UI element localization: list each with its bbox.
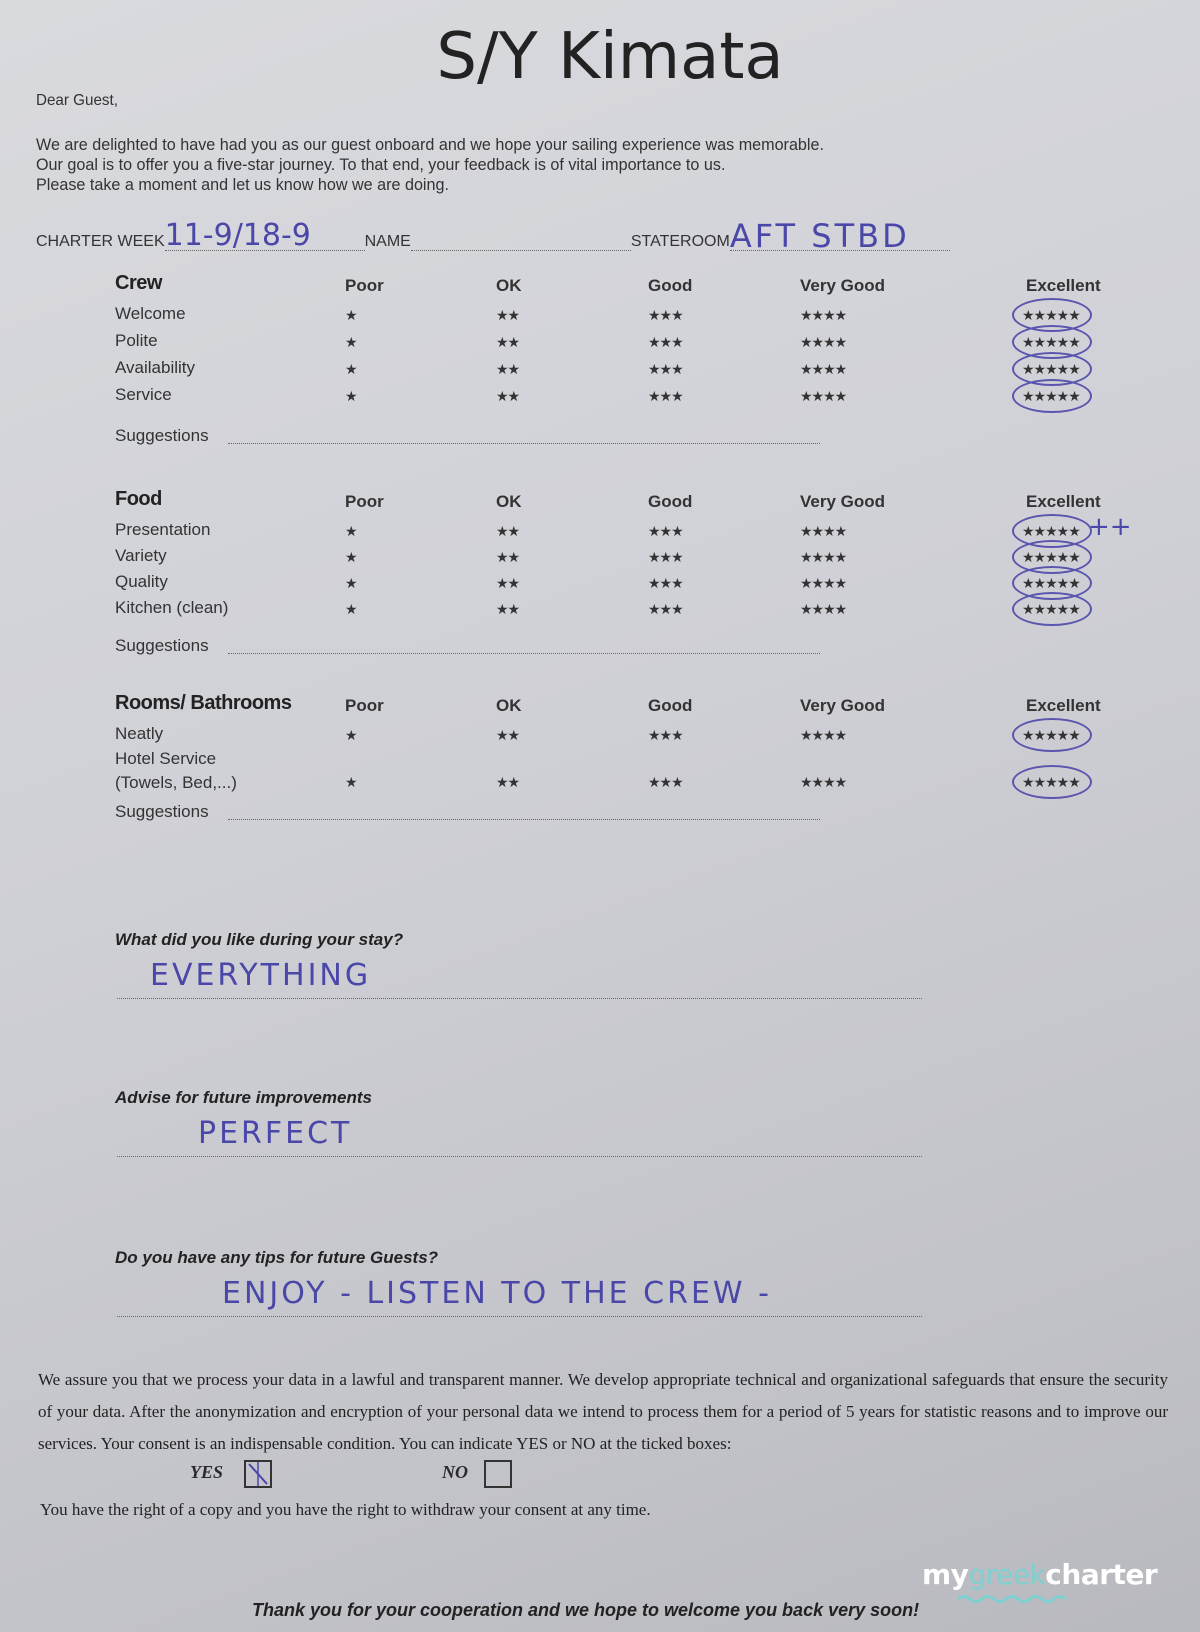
rating-option-very-good[interactable]: ★★★★ xyxy=(800,774,846,791)
column-header-ok: OK xyxy=(496,696,522,716)
answer-line xyxy=(117,1316,922,1317)
rating-option-very-good[interactable]: ★★★★ xyxy=(800,334,846,351)
column-header-excellent: Excellent xyxy=(1026,696,1101,716)
rating-option-good[interactable]: ★★★ xyxy=(648,575,683,592)
rating-option-good[interactable]: ★★★ xyxy=(648,727,683,744)
rating-option-ok[interactable]: ★★ xyxy=(496,549,519,566)
rating-option-good[interactable]: ★★★ xyxy=(648,361,683,378)
rating-option-good[interactable]: ★★★ xyxy=(648,774,683,791)
rating-option-very-good[interactable]: ★★★★ xyxy=(800,523,846,540)
rating-option-excellent[interactable]: ★★★★★ xyxy=(1022,307,1080,324)
rating-row-label: Neatly xyxy=(115,724,163,744)
suggestions-field[interactable] xyxy=(228,442,820,444)
answer-line xyxy=(117,998,922,999)
answer-field[interactable]: ENJOY - LISTEN TO THE CREW - xyxy=(222,1276,772,1311)
page-title: S/Y Kimata xyxy=(0,20,1200,94)
stateroom-label: STATEROOM xyxy=(631,233,730,250)
column-header-excellent: Excellent xyxy=(1026,276,1101,296)
charter-week-field[interactable]: 11-9/18-9 xyxy=(165,222,365,251)
rating-option-ok[interactable]: ★★ xyxy=(496,334,519,351)
column-header-ok: OK xyxy=(496,492,522,512)
name-field[interactable] xyxy=(411,232,631,251)
rating-row-label: Hotel Service (Towels, Bed,...) xyxy=(115,747,237,795)
rating-option-very-good[interactable]: ★★★★ xyxy=(800,575,846,592)
rating-option-excellent[interactable]: ★★★★★ xyxy=(1022,388,1080,405)
rating-row-label: Welcome xyxy=(115,304,186,324)
logo-greek: greek xyxy=(968,1558,1045,1591)
column-header-poor: Poor xyxy=(345,492,384,512)
rating-option-excellent[interactable]: ★★★★★ xyxy=(1022,601,1080,618)
suggestions-field[interactable] xyxy=(228,652,820,654)
column-header-very-good: Very Good xyxy=(800,276,885,296)
column-header-good: Good xyxy=(648,276,692,296)
rating-option-ok[interactable]: ★★ xyxy=(496,727,519,744)
suggestions-label: Suggestions xyxy=(115,426,209,446)
rating-option-excellent[interactable]: ★★★★★ xyxy=(1022,523,1080,540)
rating-option-poor[interactable]: ★ xyxy=(345,774,357,791)
data-consent-text: We assure you that we process your data … xyxy=(38,1364,1168,1460)
rating-row-label: Variety xyxy=(115,546,167,566)
intro-line-2: Our goal is to offer you a five-star jou… xyxy=(36,155,725,175)
wave-icon xyxy=(958,1594,1068,1604)
charter-week-label: CHARTER WEEK xyxy=(36,233,165,250)
rating-option-ok[interactable]: ★★ xyxy=(496,601,519,618)
section-title: Rooms/ Bathrooms xyxy=(115,692,291,715)
rating-option-excellent[interactable]: ★★★★★ xyxy=(1022,549,1080,566)
answer-line xyxy=(117,1156,922,1157)
rating-option-very-good[interactable]: ★★★★ xyxy=(800,307,846,324)
handwritten-note: ++ xyxy=(1088,512,1132,542)
yes-label: YES xyxy=(190,1462,223,1483)
section-title: Crew xyxy=(115,272,162,295)
rating-option-good[interactable]: ★★★ xyxy=(648,523,683,540)
logo-my: my xyxy=(922,1558,968,1591)
question-label: What did you like during your stay? xyxy=(115,930,403,950)
suggestions-label: Suggestions xyxy=(115,802,209,822)
rating-option-very-good[interactable]: ★★★★ xyxy=(800,388,846,405)
column-header-ok: OK xyxy=(496,276,522,296)
rating-row-label: Service xyxy=(115,385,172,405)
header-fields: CHARTER WEEK11-9/18-9NAMESTATEROOMAFT ST… xyxy=(36,222,950,251)
rating-row-label: Quality xyxy=(115,572,168,592)
answer-field[interactable]: EVERYTHING xyxy=(150,958,371,993)
rating-option-poor[interactable]: ★ xyxy=(345,307,357,324)
column-header-good: Good xyxy=(648,492,692,512)
intro-line-3: Please take a moment and let us know how… xyxy=(36,175,449,195)
rating-option-ok[interactable]: ★★ xyxy=(496,575,519,592)
rating-option-very-good[interactable]: ★★★★ xyxy=(800,361,846,378)
section-title: Food xyxy=(115,488,162,511)
rating-option-excellent[interactable]: ★★★★★ xyxy=(1022,361,1080,378)
column-header-poor: Poor xyxy=(345,276,384,296)
column-header-poor: Poor xyxy=(345,696,384,716)
suggestions-label: Suggestions xyxy=(115,636,209,656)
rating-option-good[interactable]: ★★★ xyxy=(648,388,683,405)
column-header-good: Good xyxy=(648,696,692,716)
rating-option-excellent[interactable]: ★★★★★ xyxy=(1022,774,1080,791)
rating-option-ok[interactable]: ★★ xyxy=(496,361,519,378)
rating-option-poor[interactable]: ★ xyxy=(345,334,357,351)
rating-option-very-good[interactable]: ★★★★ xyxy=(800,601,846,618)
rating-option-good[interactable]: ★★★ xyxy=(648,334,683,351)
rating-option-excellent[interactable]: ★★★★★ xyxy=(1022,334,1080,351)
question-label: Do you have any tips for future Guests? xyxy=(115,1248,438,1268)
rating-option-poor[interactable]: ★ xyxy=(345,523,357,540)
rating-option-ok[interactable]: ★★ xyxy=(496,523,519,540)
question-label: Advise for future improvements xyxy=(115,1088,372,1108)
rating-option-very-good[interactable]: ★★★★ xyxy=(800,549,846,566)
stateroom-field[interactable]: AFT STBD xyxy=(730,222,950,251)
rating-option-poor[interactable]: ★ xyxy=(345,549,357,566)
thank-you-text: Thank you for your cooperation and we ho… xyxy=(252,1600,919,1621)
no-label: NO xyxy=(442,1462,468,1483)
rating-option-poor[interactable]: ★ xyxy=(345,727,357,744)
rights-text: You have the right of a copy and you hav… xyxy=(40,1500,651,1520)
rating-row-label: Polite xyxy=(115,331,158,351)
rating-option-poor[interactable]: ★ xyxy=(345,361,357,378)
rating-option-poor[interactable]: ★ xyxy=(345,601,357,618)
mygreekcharter-logo: mygreekcharter xyxy=(922,1558,1157,1591)
rating-row-label: Kitchen (clean) xyxy=(115,598,228,618)
rating-row-label: Presentation xyxy=(115,520,210,540)
rating-option-ok[interactable]: ★★ xyxy=(496,774,519,791)
answer-field[interactable]: PERFECT xyxy=(198,1116,352,1151)
name-label: NAME xyxy=(365,233,411,250)
rating-row-label: Availability xyxy=(115,358,195,378)
rating-option-very-good[interactable]: ★★★★ xyxy=(800,727,846,744)
rating-option-poor[interactable]: ★ xyxy=(345,388,357,405)
rating-option-ok[interactable]: ★★ xyxy=(496,388,519,405)
rating-option-ok[interactable]: ★★ xyxy=(496,307,519,324)
intro-line-1: We are delighted to have had you as our … xyxy=(36,135,824,155)
rating-option-good[interactable]: ★★★ xyxy=(648,307,683,324)
suggestions-field[interactable] xyxy=(228,818,820,820)
check-mark-icon xyxy=(246,1462,270,1486)
greeting: Dear Guest, xyxy=(36,92,118,110)
yes-checkbox[interactable] xyxy=(244,1460,272,1488)
no-checkbox[interactable] xyxy=(484,1460,512,1488)
rating-option-good[interactable]: ★★★ xyxy=(648,601,683,618)
column-header-excellent: Excellent xyxy=(1026,492,1101,512)
column-header-very-good: Very Good xyxy=(800,492,885,512)
rating-option-excellent[interactable]: ★★★★★ xyxy=(1022,727,1080,744)
rating-option-excellent[interactable]: ★★★★★ xyxy=(1022,575,1080,592)
rating-option-good[interactable]: ★★★ xyxy=(648,549,683,566)
logo-charter: charter xyxy=(1045,1558,1157,1591)
rating-option-poor[interactable]: ★ xyxy=(345,575,357,592)
column-header-very-good: Very Good xyxy=(800,696,885,716)
